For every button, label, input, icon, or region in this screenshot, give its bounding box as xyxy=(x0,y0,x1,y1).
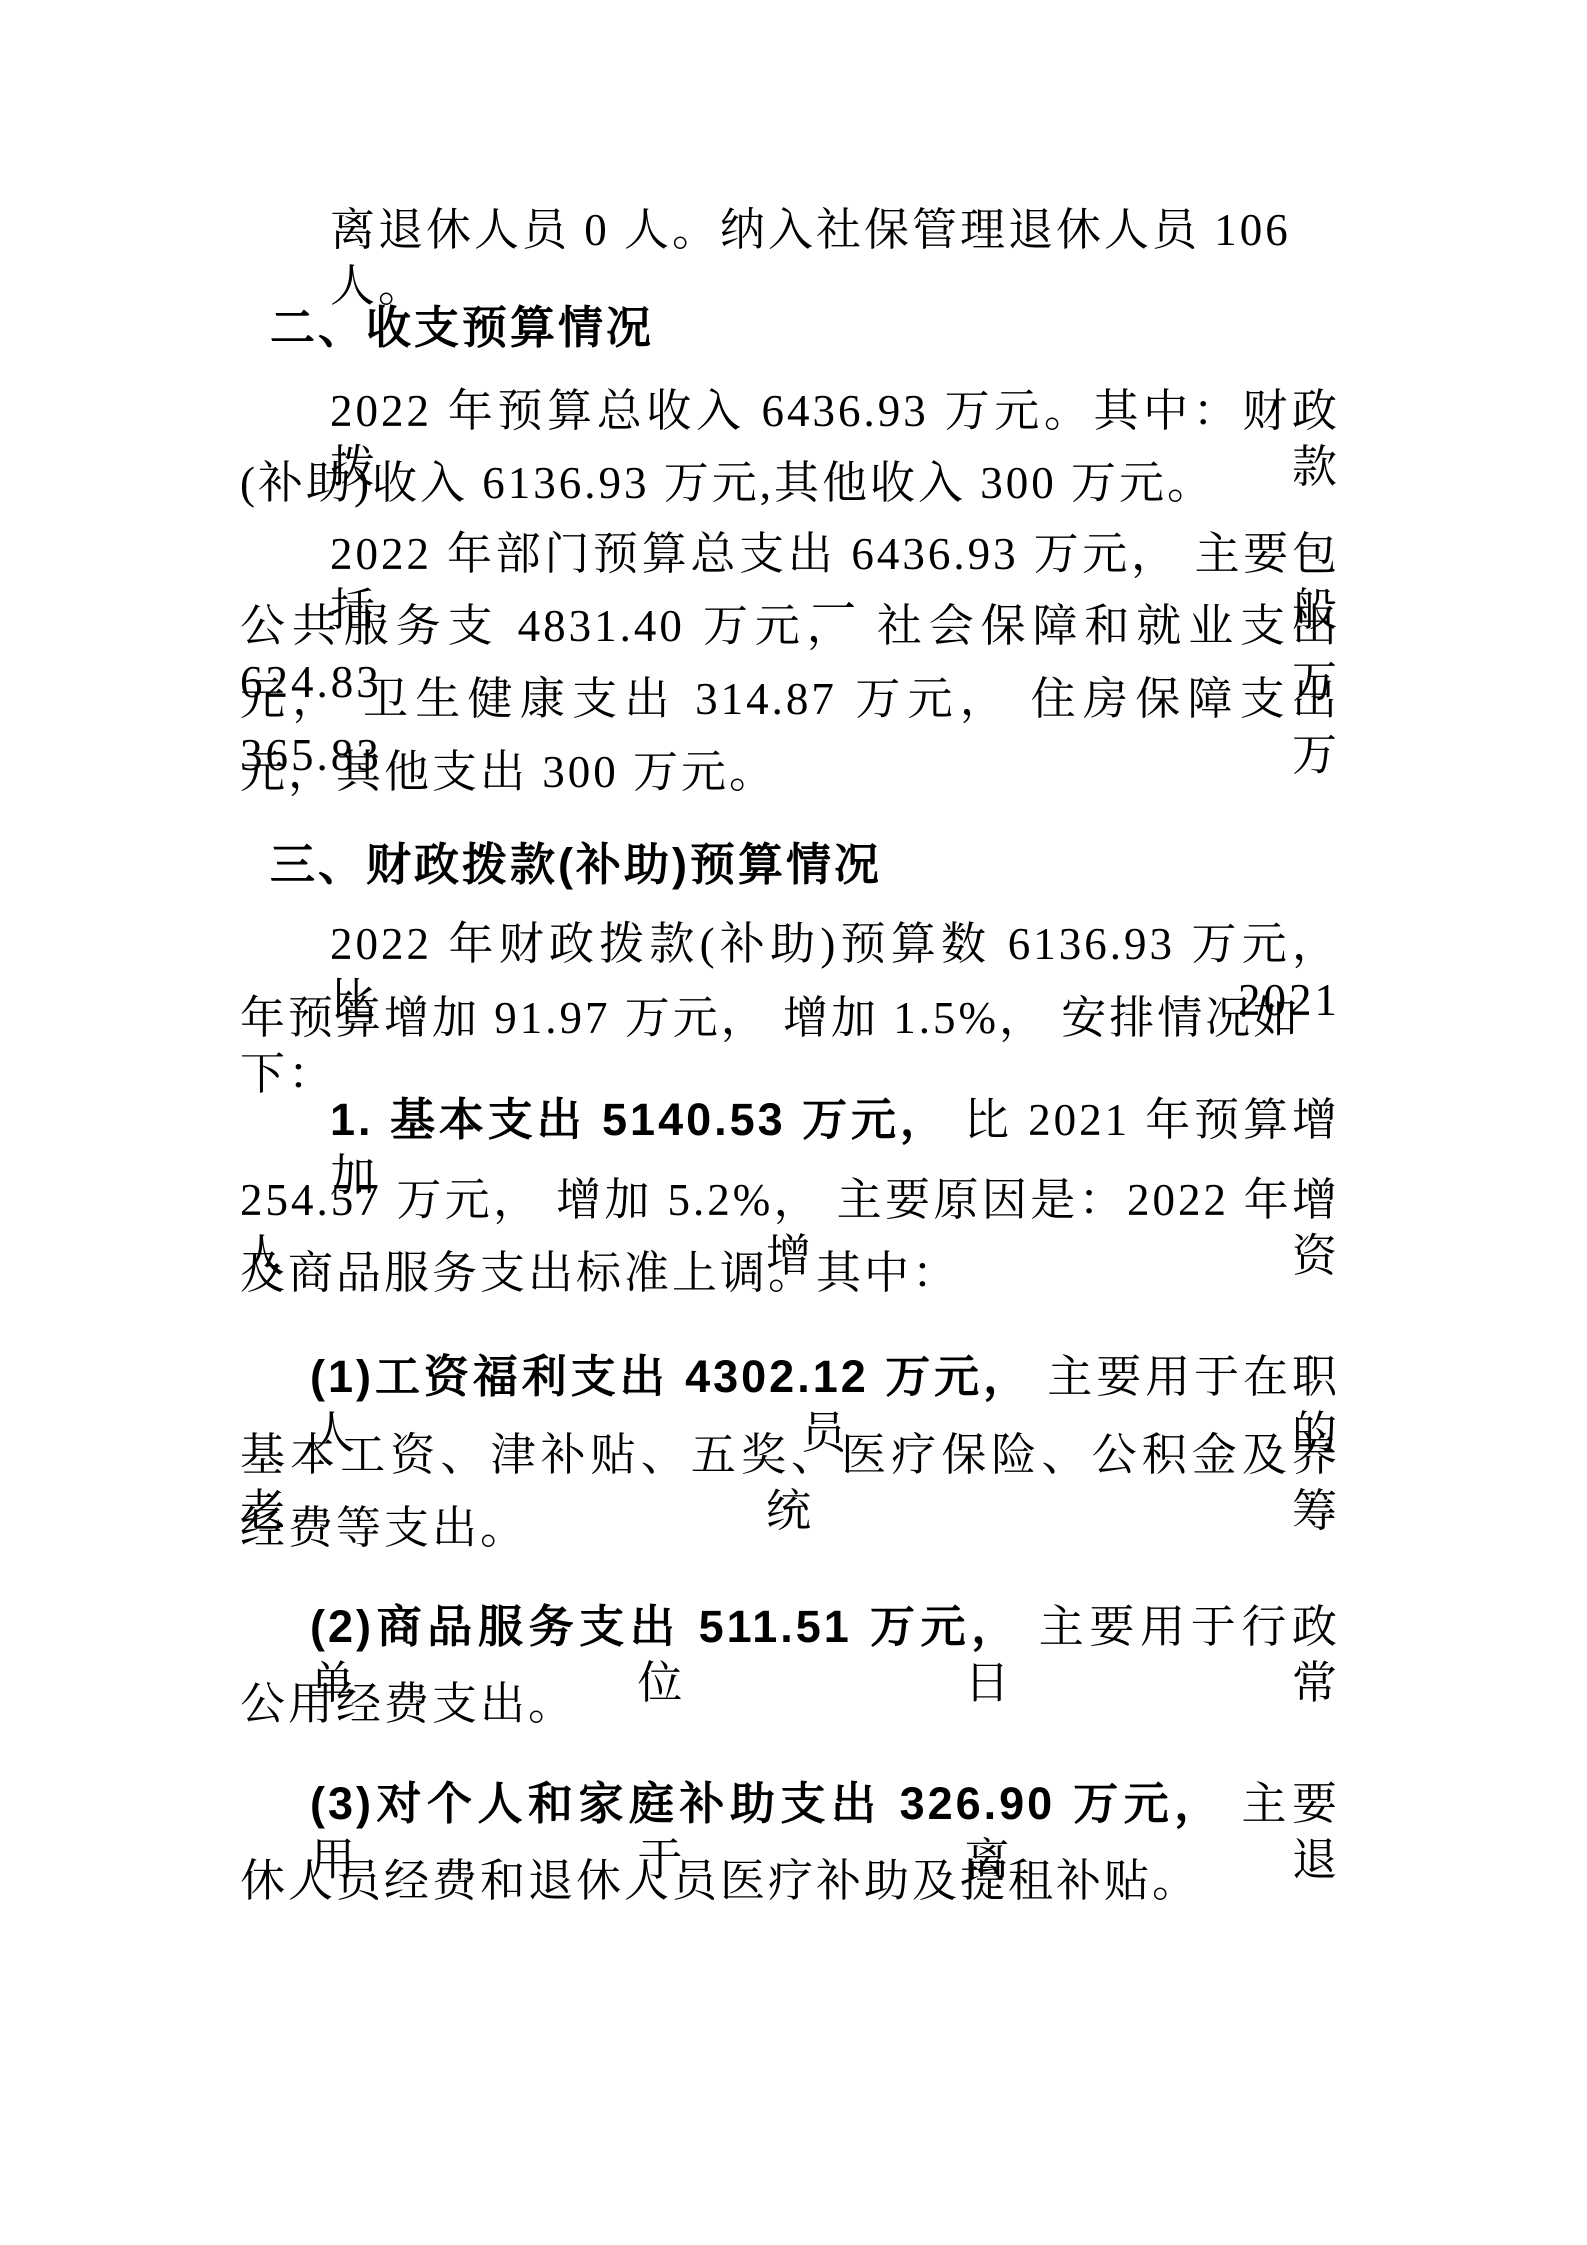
para-basic-expenditure-line-3: 及商品服务支出标准上调。其中： xyxy=(240,1245,1340,1301)
text-segment: 元，其他支出 300 万元。 xyxy=(240,747,777,797)
para-allocation-line-2: 年预算增加 91.97 万元， 增加 1.5%， 安排情况如下： xyxy=(240,990,1340,1103)
bold-segment: (3)对个人和家庭补助支出 326.90 万元， xyxy=(310,1778,1225,1829)
text-segment: 公用经费支出。 xyxy=(240,1679,576,1729)
document-page: 离退休人员 0 人。纳入社保管理退休人员 106 人。 二、收支预算情况 202… xyxy=(0,0,1587,2245)
heading-section-3: 三、财政拨款(补助)预算情况 xyxy=(270,837,1340,893)
text-segment: (补助)收入 6136.93 万元,其他收入 300 万元。 xyxy=(240,458,1215,508)
bold-segment: 1. 基本支出 5140.53 万元， xyxy=(330,1094,949,1145)
text-segment: 休人员经费和退休人员医疗补助及提租补贴。 xyxy=(240,1856,1200,1906)
para-individual-subsidy-line-2: 休人员经费和退休人员医疗补助及提租补贴。 xyxy=(240,1853,1340,1909)
para-goods-services-line-2: 公用经费支出。 xyxy=(240,1676,1340,1732)
text-segment: 经费等支出。 xyxy=(240,1503,528,1553)
text-segment: 年预算增加 91.97 万元， 增加 1.5%， 安排情况如下： xyxy=(240,993,1301,1099)
text-segment: 离退休人员 0 人。纳入社保管理退休人员 106 人。 xyxy=(330,205,1305,311)
bold-segment: 三、财政拨款(补助)预算情况 xyxy=(270,839,882,890)
bold-segment: 二、收支预算情况 xyxy=(270,302,654,353)
para-salary-welfare-line-3: 经费等支出。 xyxy=(240,1500,1340,1556)
para-retirees-line: 离退休人员 0 人。纳入社保管理退休人员 106 人。 xyxy=(330,202,1340,315)
bold-segment: (2)商品服务支出 511.51 万元， xyxy=(310,1601,1022,1652)
heading-section-2: 二、收支预算情况 xyxy=(270,300,1340,356)
bold-segment: (1)工资福利支出 4302.12 万元， xyxy=(310,1351,1032,1402)
para-expenditure-line-4: 元，其他支出 300 万元。 xyxy=(240,744,1340,800)
para-income-line-2: (补助)收入 6136.93 万元,其他收入 300 万元。 xyxy=(240,455,1340,511)
text-segment: 及商品服务支出标准上调。其中： xyxy=(240,1248,960,1298)
